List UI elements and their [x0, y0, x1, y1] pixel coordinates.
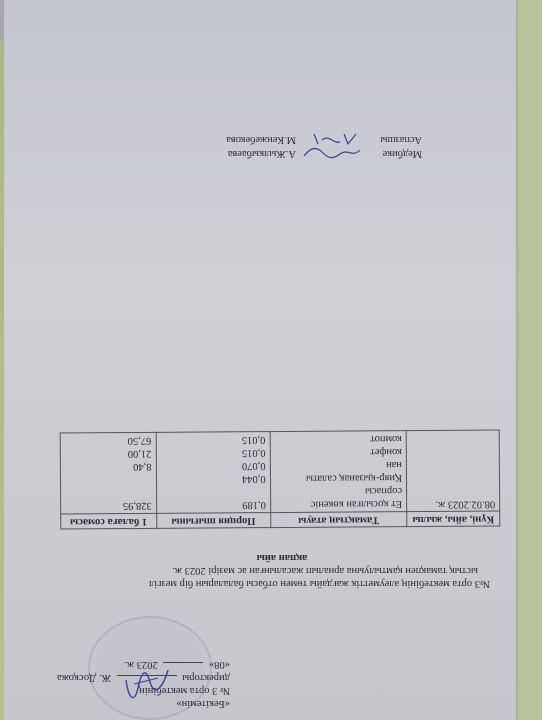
signature-nurse: Медбике А.Жылкыбаева [102, 146, 422, 160]
header-sum: 1 балаға сомасы [61, 513, 157, 529]
menu-table: Күні, айы, жылы Тамақтың атауы Порция шы… [60, 429, 501, 529]
dish-cell: Ет қосылған көкеніс сорпасы Қияр-қызанақ… [270, 431, 407, 513]
table-row: 08.02.2023 ж. Ет қосылған көкеніс сорпас… [60, 430, 500, 514]
sum-cell: 328,95 8,40 21,00 67,50 [60, 432, 156, 514]
nurse-signature-icon [302, 146, 362, 160]
date-cell: 08.02.2023 ж. [406, 430, 500, 512]
header-dish: Тамақтың атауы [270, 512, 406, 528]
header-date: Күні, айы, жылы [407, 511, 500, 527]
document-title: №3 орта мектебінің әлеуметтік жағдайы тө… [42, 551, 502, 590]
table-header-row: Күні, айы, жылы Тамақтың атауы Порция шы… [61, 511, 500, 529]
header-portion: Порция шығыны [156, 513, 270, 529]
signature-cook: Аспазшы М.Кенжебекова [102, 132, 422, 146]
director-signature-icon [122, 664, 172, 700]
date-month-line [163, 662, 203, 663]
document-content: «Бекітемін» № 3 орта мектебінің директор… [0, 0, 542, 720]
portion-cell: 0,189 0,044 0,070 0,015 0,015 [156, 432, 271, 514]
cook-signature-icon [302, 132, 362, 146]
signature-block: Медбике А.Жылкыбаева Аспазшы М.Кенжебеко… [102, 132, 422, 160]
